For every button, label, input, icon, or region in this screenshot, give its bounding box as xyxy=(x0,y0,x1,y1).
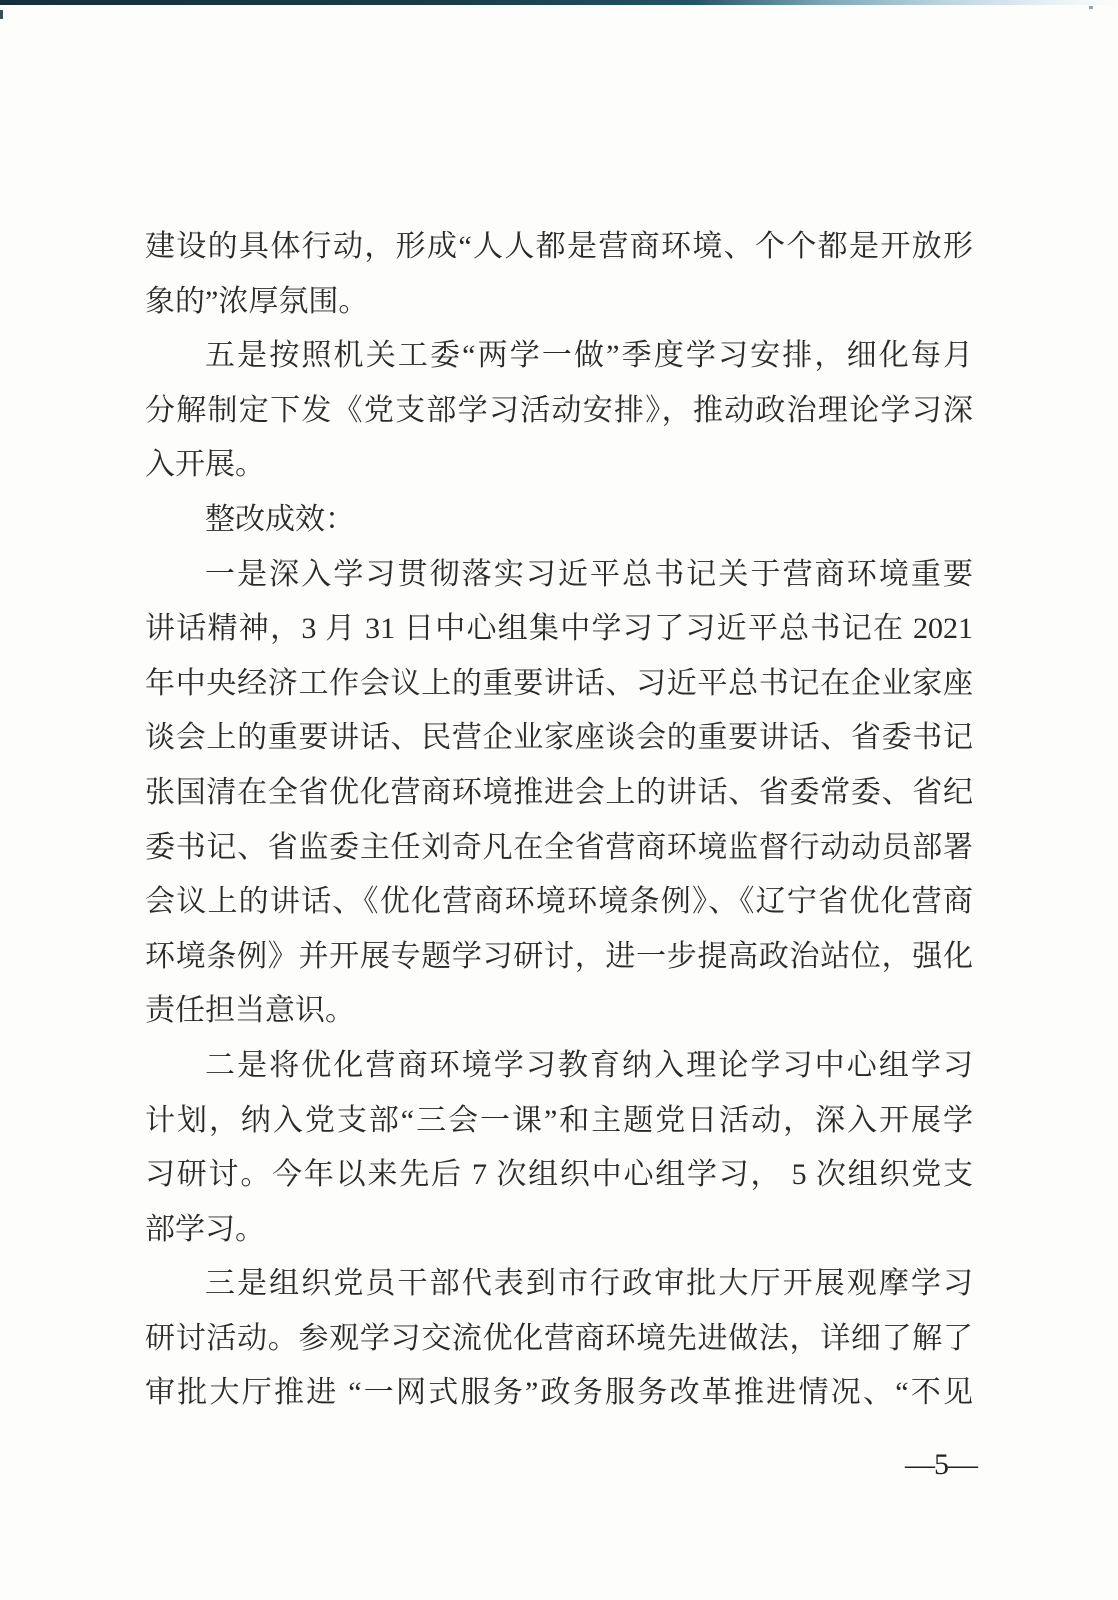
body-line: 委书记、省监委主任刘奇凡在全省营商环境监督行动动员部署 xyxy=(145,821,973,876)
body-line: 分解制定下发《党支部学习活动安排》，推动政治理论学习深 xyxy=(145,384,973,439)
body-line: 计划，纳入党支部“三会一课”和主题党日活动，深入开展学 xyxy=(145,1094,973,1149)
body-line: 张国清在全省优化营商环境推进会上的讲话、省委常委、省纪 xyxy=(145,766,973,821)
body-line: 会议上的讲话、《优化营商环境环境条例》、《辽宁省优化营商 xyxy=(145,875,973,930)
body-line: 五是按照机关工委“两学一做”季度学习安排，细化每月 xyxy=(145,329,973,384)
scanned-document-page: 建设的具体行动，形成“人人都是营商环境、个个都是开放形 象的”浓厚氛围。 五是按… xyxy=(0,0,1118,1600)
document-body: 建设的具体行动，形成“人人都是营商环境、个个都是开放形 象的”浓厚氛围。 五是按… xyxy=(145,220,973,1421)
body-line: 象的”浓厚氛围。 xyxy=(145,275,973,330)
body-line: 审批大厅推进 “一网式服务”政务服务改革推进情况、“不见 xyxy=(145,1366,973,1421)
body-line: 二是将优化营商环境学习教育纳入理论学习中心组学习 xyxy=(145,1039,973,1094)
scanner-edge-artifact xyxy=(0,0,1118,5)
scanner-speck xyxy=(1089,6,1093,9)
body-line: 三是组织党员干部代表到市行政审批大厅开展观摩学习 xyxy=(145,1257,973,1312)
body-line: 研讨活动。参观学习交流优化营商环境先进做法，详细了解了 xyxy=(145,1312,973,1367)
body-line: 谈会上的重要讲话、民营企业家座谈会的重要讲话、省委书记 xyxy=(145,711,973,766)
body-line: 习研讨。今年以来先后 7 次组织中心组学习， 5 次组织党支 xyxy=(145,1148,973,1203)
body-line: 讲话精神，3 月 31 日中心组集中学习了习近平总书记在 2021 xyxy=(145,602,973,657)
scanner-edge-tick xyxy=(0,10,3,19)
body-line: 环境条例》并开展专题学习研讨，进一步提高政治站位，强化 xyxy=(145,930,973,985)
section-heading-line: 整改成效： xyxy=(145,493,973,548)
body-line: 责任担当意识。 xyxy=(145,984,973,1039)
body-line: 建设的具体行动，形成“人人都是营商环境、个个都是开放形 xyxy=(145,220,973,275)
body-line: 入开展。 xyxy=(145,438,973,493)
page-number: —5— xyxy=(905,1448,977,1482)
body-line: 年中央经济工作会议上的重要讲话、习近平总书记在企业家座 xyxy=(145,657,973,712)
body-line: 一是深入学习贯彻落实习近平总书记关于营商环境重要 xyxy=(145,548,973,603)
body-line: 部学习。 xyxy=(145,1203,973,1258)
